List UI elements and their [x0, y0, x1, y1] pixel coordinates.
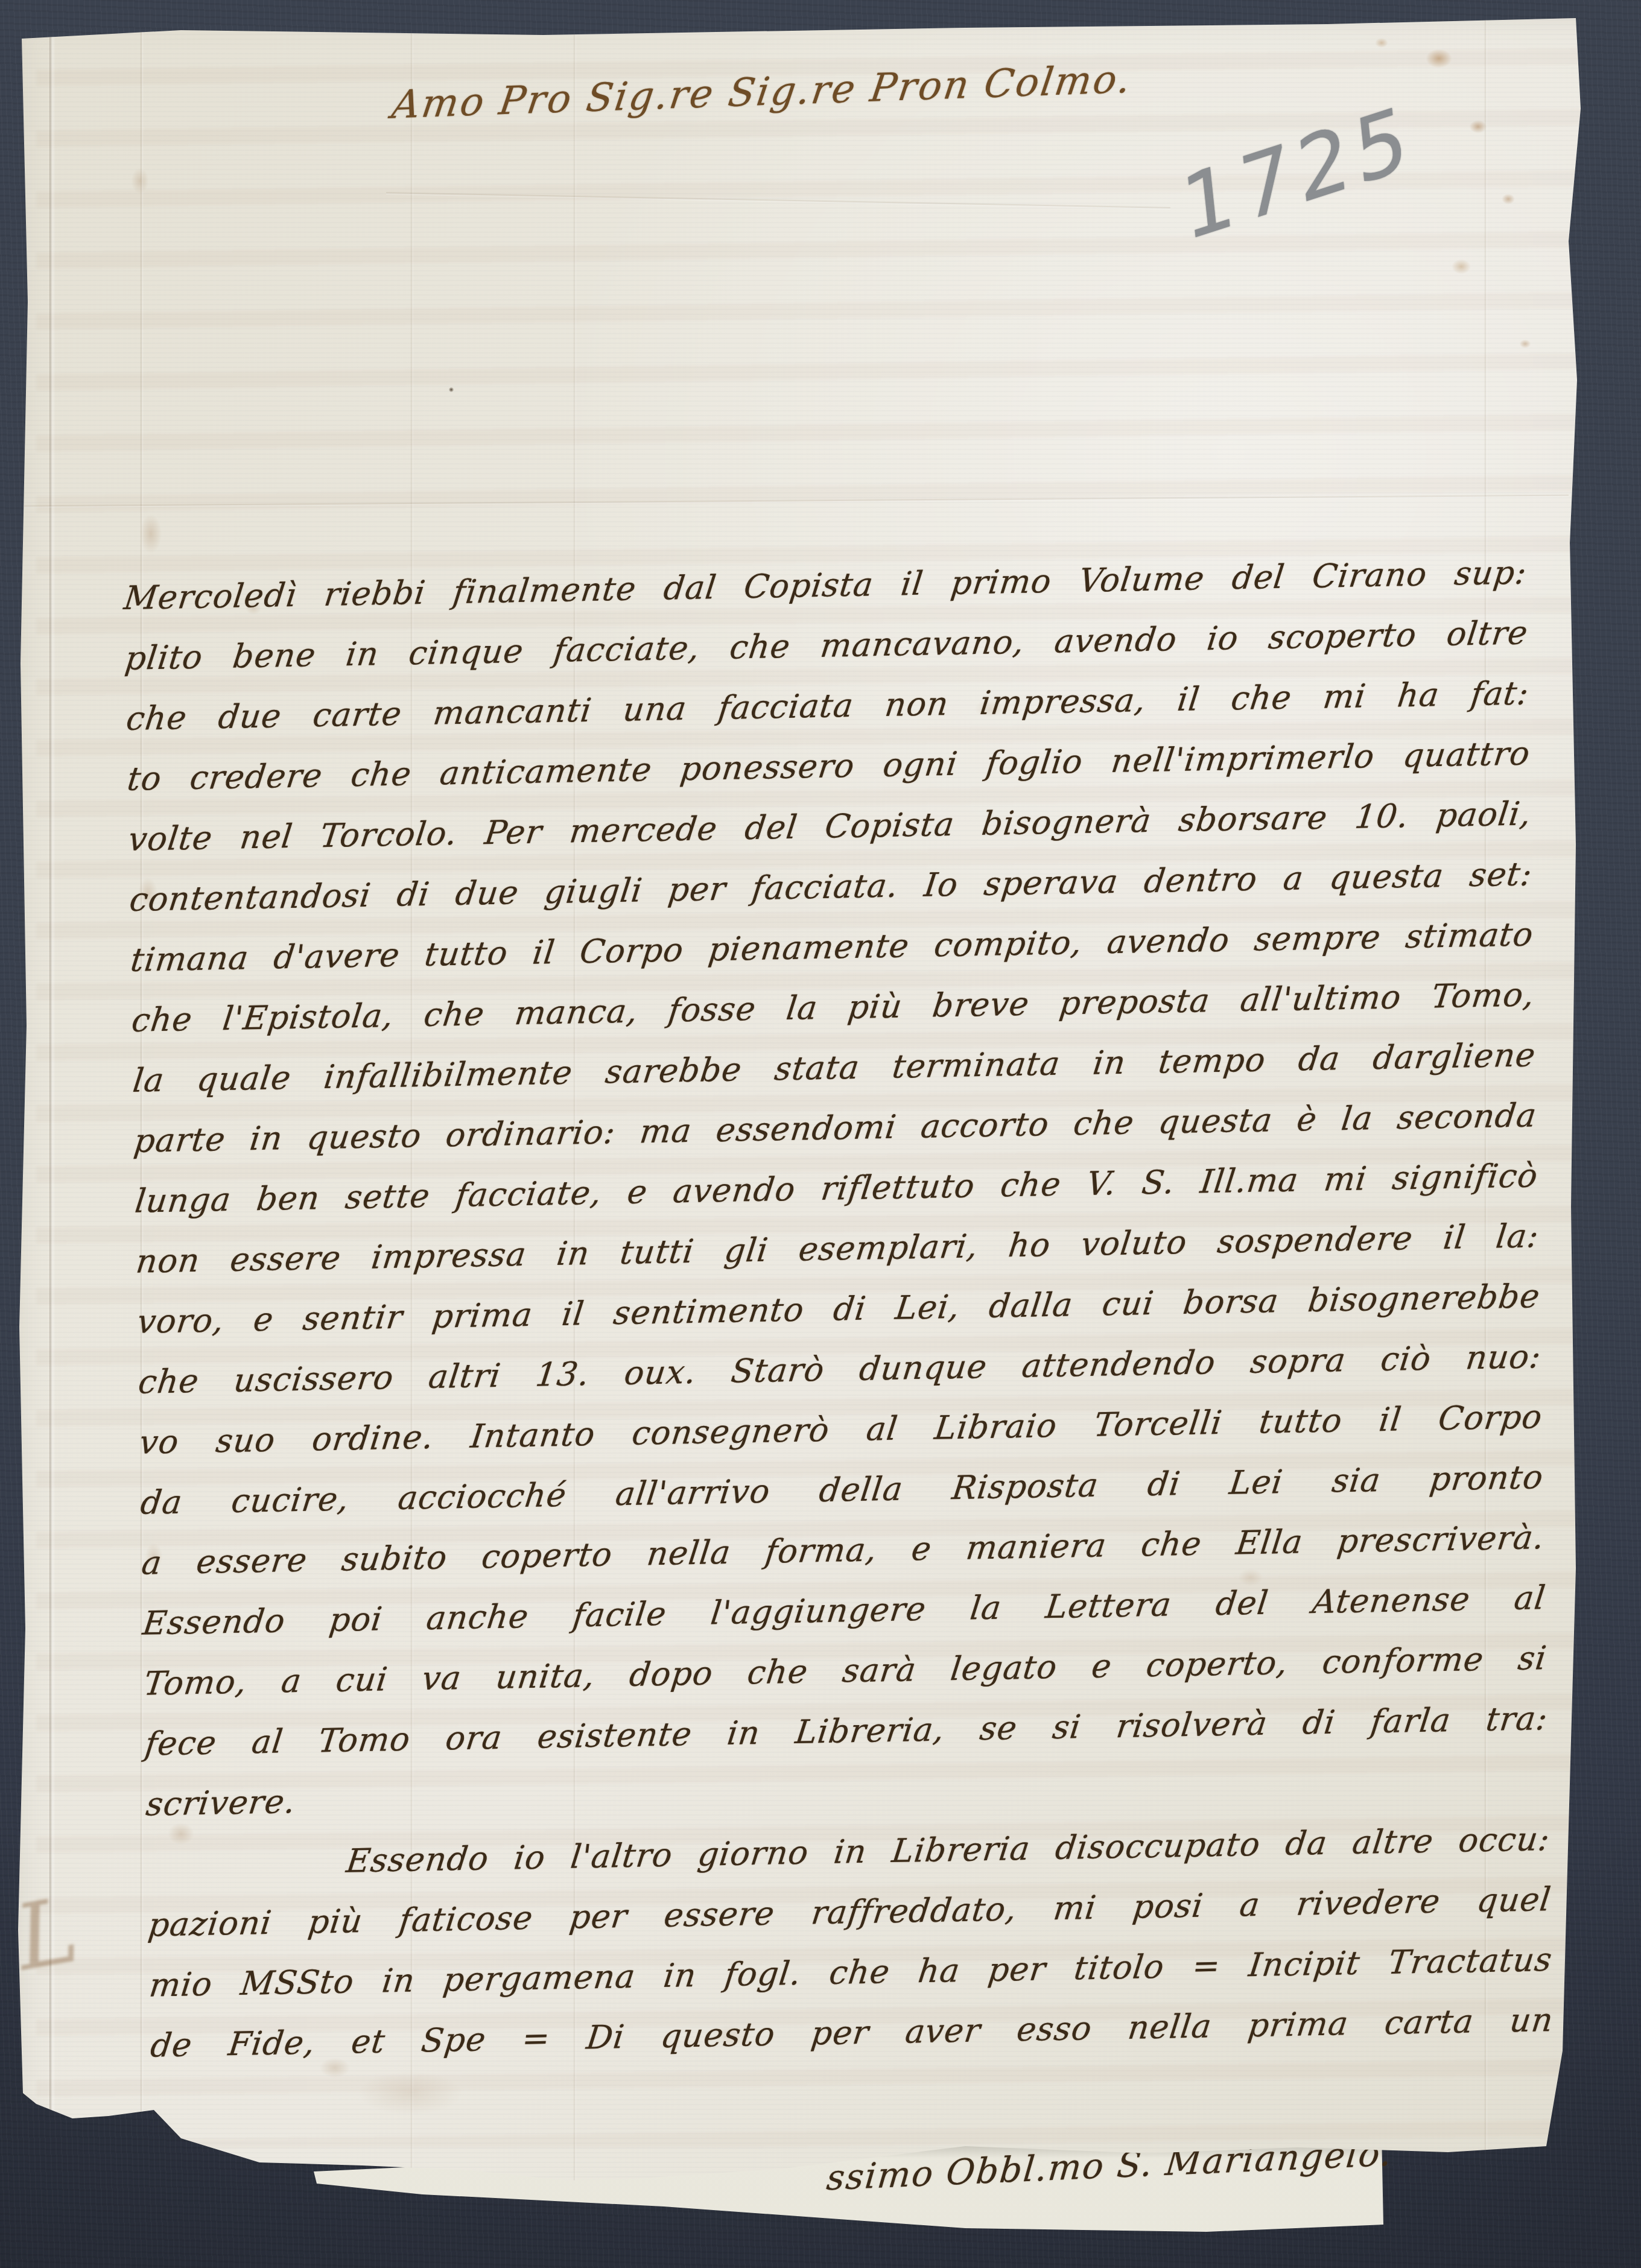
letter-sheet: Amo Pro Sig.re Sig.re Pron Colmo. 1725 M… — [0, 0, 1641, 2268]
manuscript-scan: ssimo Obbl.mo S. Mariangelo. Amo Pro Sig… — [0, 0, 1641, 2268]
paper-edge-shading — [0, 0, 1641, 2268]
